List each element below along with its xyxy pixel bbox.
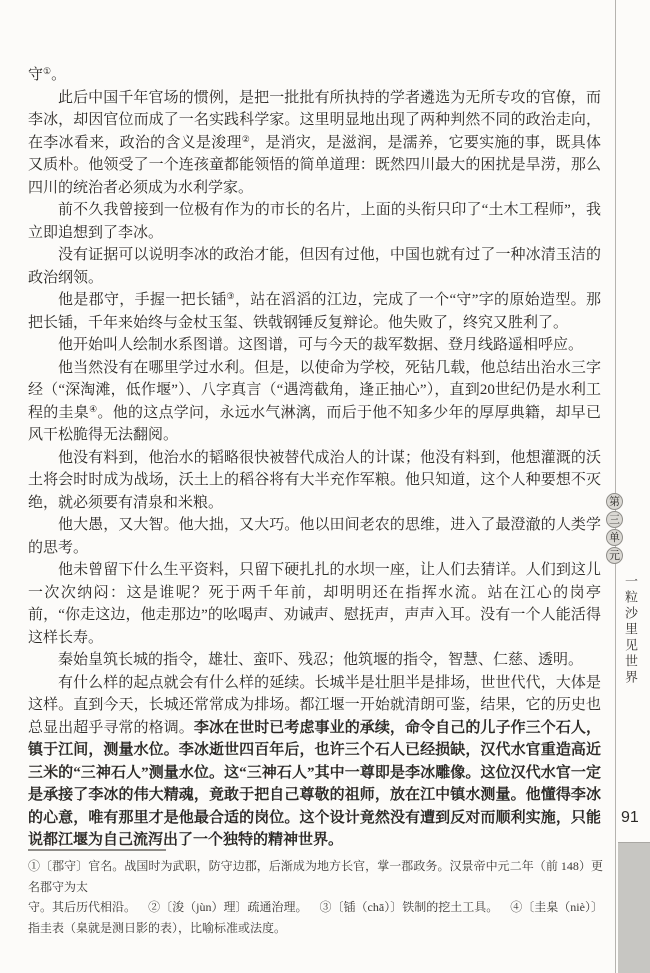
- body-paragraph: 他没有料到，他治水的韬略很快被替代成治人的计谋；他没有料到，他想灌溉的沃土将会时…: [28, 447, 601, 515]
- footnote-line: 指圭表（臬就是测日影的表），比喻标准或法度。: [28, 918, 603, 939]
- body-paragraph: 他当然没有在哪里学过水利。但是，以使命为学校，死钻几载，他总结出治水三字经（“深…: [28, 357, 601, 447]
- footnote-segment: ②〔浚（jùn）理〕疏通治理。: [148, 897, 307, 918]
- body-paragraph: 秦始皇筑长城的指令，雄壮、蛮吓、残忍；他筑堰的指令，智慧、仁慈、透明。: [28, 649, 601, 672]
- body-paragraph: 没有证据可以说明李冰的政治才能，但因有过他，中国也就有过了一种冰清玉洁的政治纲领…: [28, 244, 601, 289]
- textbook-page: { "document": { "body": { "paragraphs": …: [0, 0, 650, 973]
- footnote-segment: ④〔圭臬（niè）〕: [510, 897, 603, 918]
- footnote-segment: 守。其后历代相沿。: [28, 897, 136, 918]
- unit-badge-char: 单: [606, 529, 623, 546]
- body-paragraph: 他是郡守，手握一把长锸③，站在滔滔的江边，完成了一个“守”字的原始造型。那把长锸…: [28, 289, 601, 334]
- body-paragraph: 他大愚，又大智。他大拙，又大巧。他以田间老农的思维，进入了最澄澈的人类学的思考。: [28, 514, 601, 559]
- unit-title: 一粒沙里见世界: [621, 574, 640, 686]
- footnote-segment: ③〔锸（chā）〕铁制的挖土工具。: [320, 897, 499, 918]
- page-number: 91: [621, 809, 639, 827]
- body-paragraph: 他开始叫人绘制水系图谱。这图谱，可与今天的裁军数据、登月线路遥相呼应。: [28, 334, 601, 357]
- corner-tab: [618, 842, 650, 973]
- footnotes: ①〔郡守〕官名。战国时为武职，防守边郡，后渐成为地方长官，掌一郡政务。汉景帝中元…: [28, 856, 603, 938]
- body-paragraph: 前不久我曾接到一位极有作为的市长的名片，上面的头衔只印了“土木工程师”，我立即追…: [28, 199, 601, 244]
- margin-rule: [615, 0, 616, 973]
- body-paragraph-final: 有什么样的起点就会有什么样的延续。长城半是壮胆半是排场，世世代代，大体是这样。直…: [28, 672, 601, 852]
- body-paragraph: 此后中国千年官场的惯例，是把一批批有所执持的学者遴选为无所专攻的官僚，而李冰，却…: [28, 87, 601, 200]
- unit-badge-char: 第: [606, 493, 623, 510]
- unit-badge-char: 元: [606, 547, 623, 564]
- footnote-line: 守。其后历代相沿。 ②〔浚（jùn）理〕疏通治理。 ③〔锸（chā）〕铁制的挖土…: [28, 897, 603, 918]
- body-paragraph-continuation: 守①。: [28, 64, 601, 87]
- final-paragraph-bold-run: 李冰在世时已考虑事业的承续，命令自己的儿子作三个石人，镇于江间，测量水位。李冰逝…: [28, 720, 601, 849]
- unit-badge: 第 三 单 元: [606, 493, 623, 565]
- body-text: 守①。 此后中国千年官场的惯例，是把一批批有所执持的学者遴选为无所专攻的官僚，而…: [28, 64, 601, 852]
- footnote-line: ①〔郡守〕官名。战国时为武职，防守边郡，后渐成为地方长官，掌一郡政务。汉景帝中元…: [28, 856, 603, 897]
- unit-badge-char: 三: [606, 511, 623, 528]
- body-paragraph: 他未曾留下什么生平资料，只留下硬扎扎的水坝一座，让人们去猜详。人们到这儿一次次纳…: [28, 559, 601, 649]
- footnote-divider: [28, 849, 166, 851]
